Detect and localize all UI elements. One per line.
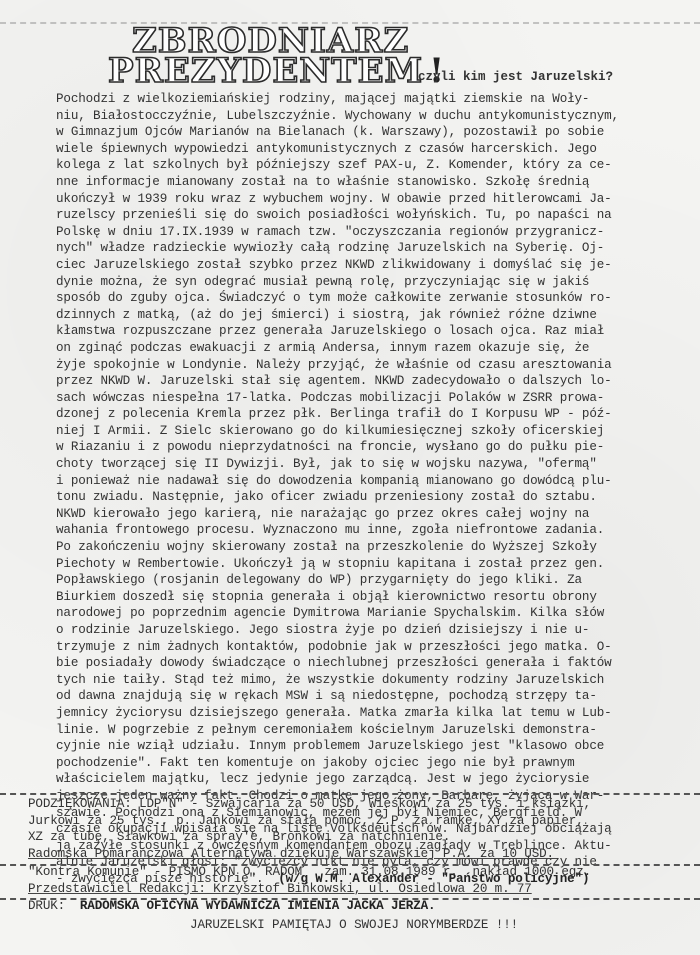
circulation: nakład 1000 egz. bbox=[472, 865, 591, 879]
alt-thanks: Radomska Pomarańczowa Alternatywa dzięku… bbox=[28, 846, 688, 863]
printer-info: DRUK: RADOMSKA OFICYNA WYDAWNICZA IMIENI… bbox=[28, 898, 688, 915]
dashed-rule-1 bbox=[0, 793, 700, 795]
headline-word: PREZYDENTEM bbox=[108, 51, 423, 91]
article-line: przez NKWD W. Jaruzelski stał się agente… bbox=[56, 373, 692, 390]
article-line: NKWD kierowało jego karierą, nie narażaj… bbox=[56, 506, 692, 523]
article-line: Pochodzi z wielkoziemiańskiej rodziny, m… bbox=[56, 91, 692, 108]
article-line: niu, Białostocczyźnie, Lubelszczyźnie. W… bbox=[56, 108, 692, 125]
article-line: wiele śpiewnych wypowiedzi antykomunisty… bbox=[56, 141, 692, 158]
article-line: ukończył w 1939 roku wraz z wybuchem woj… bbox=[56, 191, 692, 208]
article-line: dynie można, że syn odegrać musiał pewną… bbox=[56, 274, 692, 291]
article-line: kłamstwa rozpuszczane przez generała Jar… bbox=[56, 323, 692, 340]
article-line: narodowej po poprzednim agencie Dymitrow… bbox=[56, 605, 692, 622]
publication-info: "Kontra Komunie" - PISMO KPN O. RADOM za… bbox=[28, 864, 688, 897]
publication-line: "Kontra Komunie" - PISMO KPN O. RADOM za… bbox=[28, 864, 688, 881]
editor-line: Przedstawiciel Redakcji: Krzysztof Bińko… bbox=[28, 881, 688, 898]
article-line: trzymuje z nim żadnych kontaktów, podobn… bbox=[56, 639, 692, 656]
article-line: żyje spokojnie w Londynie. Należy przyją… bbox=[56, 357, 692, 374]
article-line: ruzelscy przenieśli się do swoich posiad… bbox=[56, 207, 692, 224]
article-line: Biurkiem doszedł się stopnia generała i … bbox=[56, 589, 692, 606]
article-line: kolega z lat szkolnych był późniejszy sz… bbox=[56, 157, 692, 174]
article-line: tych nie taiły. Stąd też mimo, że wszyst… bbox=[56, 672, 692, 689]
thanks-line: Jurkowi za 25 tys., p. Jankowi za stałą … bbox=[28, 813, 688, 830]
article-line: sposób do zguby ojca. Świadczyć o tym mo… bbox=[56, 290, 692, 307]
order-date: zam. 31.08.1989 r. bbox=[324, 865, 457, 879]
printer-name: RADOMSKA OFICYNA WYDAWNICZA IMIENIA JACK… bbox=[80, 899, 436, 913]
article-line: sach wówczas niespełna 17-latka. Podczas… bbox=[56, 390, 692, 407]
headline: ZBRODNIARZ PREZYDENTEM! bbox=[108, 26, 445, 86]
acknowledgements: PODZIĘKOWANIA: LDP"N" - Szwajcaria za 50… bbox=[28, 796, 688, 846]
article-line: w Riazaniu i z powodu nieprzydatności na… bbox=[56, 439, 692, 456]
thanks-line: XZ za tubę, Sławkowi za spray'e, Bronkow… bbox=[28, 829, 688, 846]
article-line: linie. W pogrzebie z pełnym ceremoniałem… bbox=[56, 722, 692, 739]
article-body: Pochodzi z wielkoziemiańskiej rodziny, m… bbox=[56, 91, 692, 888]
article-line: on zginąć podczas ewakuacji z armią Ande… bbox=[56, 340, 692, 357]
leaflet-page: ZBRODNIARZ PREZYDENTEM! czyli kim jest J… bbox=[0, 0, 700, 955]
article-line: dzinnych z matką, (aż do jej śmierci) i … bbox=[56, 307, 692, 324]
alt-thanks-line: Radomska Pomarańczowa Alternatywa dzięku… bbox=[28, 846, 688, 863]
article-line: Polskę w dniu 17.IX.1939 w ramach tzw. "… bbox=[56, 224, 692, 241]
headline-line-2: PREZYDENTEM! bbox=[108, 56, 445, 86]
subtitle: czyli kim jest Jaruzelski? bbox=[418, 70, 613, 84]
article-line: dzonej z polecenia Kremla przez płk. Ber… bbox=[56, 406, 692, 423]
article-line: od dawna znajdują się w rękach MSW i są … bbox=[56, 688, 692, 705]
article-line: o rodzinie Jaruzelskiego. Jego siostra ż… bbox=[56, 622, 692, 639]
article-line: w Gimnazjum Ojców Marianów na Bielanach … bbox=[56, 124, 692, 141]
article-line: pochodzenie". Fakt ten komentuje on jako… bbox=[56, 755, 692, 772]
print-label: DRUK: bbox=[28, 899, 65, 913]
article-line: niej I Armii. Z Sielc skierowano go do k… bbox=[56, 423, 692, 440]
thanks-line: PODZIĘKOWANIA: LDP"N" - Szwajcaria za 50… bbox=[28, 796, 688, 813]
article-line: jemnicy życiorysu dzisiejszego generała.… bbox=[56, 705, 692, 722]
publication-name: "Kontra Komunie" - PISMO KPN O. RADOM bbox=[28, 865, 302, 879]
article-line: choty tworzącej się II Dywizji. Był, jak… bbox=[56, 456, 692, 473]
printer-line: DRUK: RADOMSKA OFICYNA WYDAWNICZA IMIENI… bbox=[28, 898, 688, 915]
article-line: tonu zwiadu. Następnie, jako oficer zwia… bbox=[56, 489, 692, 506]
article-line: właścicielem majątku, lecz jedynie jego … bbox=[56, 771, 692, 788]
article-line: Po zakończeniu wojny skierowany został n… bbox=[56, 539, 692, 556]
article-line: wahania frontowego procesu. Wyznaczono m… bbox=[56, 522, 692, 539]
article-line: nne informacje mianowany został na to wł… bbox=[56, 174, 692, 191]
closing-slogan: JARUZELSKI PAMIĘTAJ O SWOJEJ NORYMBERDZE… bbox=[190, 918, 518, 932]
article-line: Piechoty w Rembertowie. Ukończył ją w st… bbox=[56, 556, 692, 573]
article-line: ciec Jaruzelskiego został szybko przez N… bbox=[56, 257, 692, 274]
article-line: cyjnie nie wziął udziału. Innym probleme… bbox=[56, 738, 692, 755]
article-line: bie posiadały dowody świadczące o niechl… bbox=[56, 655, 692, 672]
article-line: i ponieważ nie nadawał się do dowodzenia… bbox=[56, 473, 692, 490]
article-line: Popławskiego (rosjanin delegowany do WP)… bbox=[56, 572, 692, 589]
article-line: nych" władze radzieckie wywiozły całą ro… bbox=[56, 240, 692, 257]
